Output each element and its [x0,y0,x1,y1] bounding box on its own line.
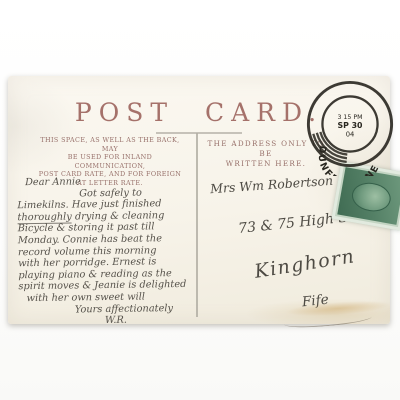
address-town: Kinghorn [253,245,357,283]
photo-background: POST CARD. THIS SPACE, AS WELL AS THE BA… [0,0,400,400]
postmark-time: 3 15 PM [337,114,362,121]
left-instructions-line: BE USED FOR INLAND COMMUNICATION, [34,153,186,170]
title-rule [156,132,242,134]
postmark-date: SP 30 [338,121,363,130]
handwritten-message: Dear Annie Got safely to Limekilns. Have… [17,175,199,328]
left-instructions-line: THIS SPACE, AS WELL AS THE BACK, MAY [34,136,186,153]
address-name: Mrs Wm Robertson [210,173,334,197]
postmark-year: 04 [346,130,355,138]
message-line-rest: drying & cleaning [72,210,165,222]
message-signature: W.R. [19,314,199,328]
stamp-portrait-oval [350,179,394,214]
postmark: DUNFERMLINE 3 15 PM SP 30 04 [298,72,400,176]
postcard: POST CARD. THIS SPACE, AS WELL AS THE BA… [8,76,390,324]
